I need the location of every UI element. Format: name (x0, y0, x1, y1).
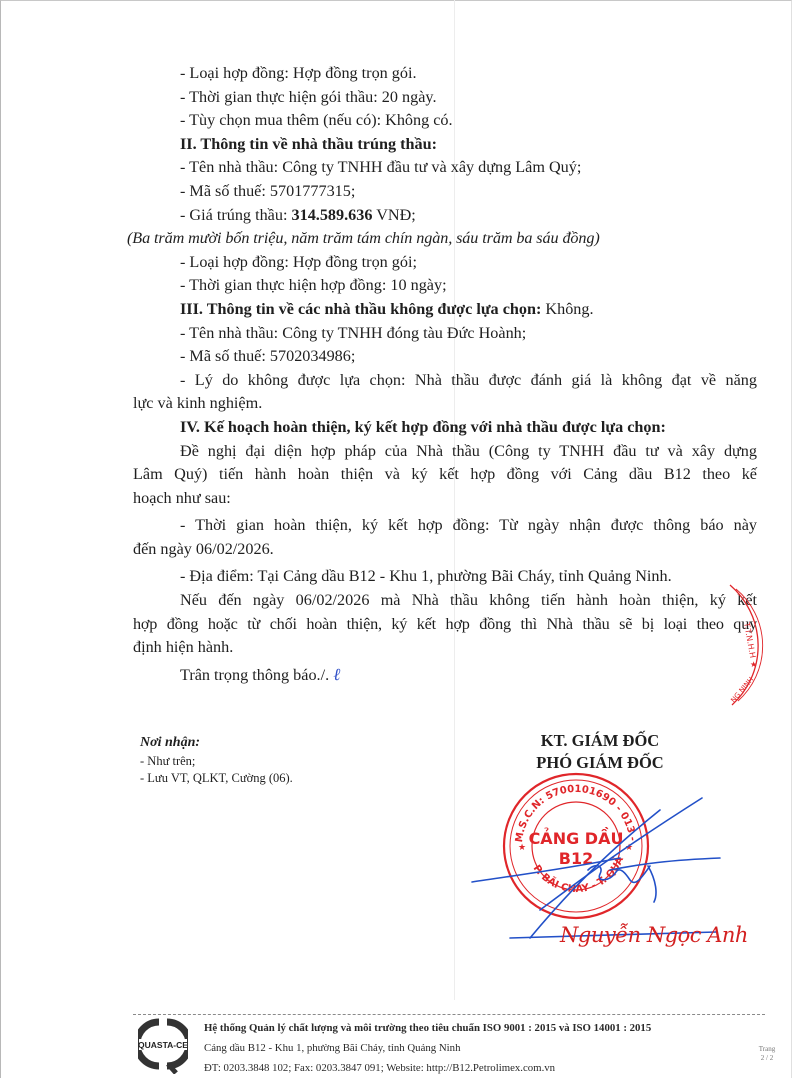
recipient-item: - Như trên; (140, 753, 293, 770)
section-4-para1-line2: Lâm Quý) tiến hành hoàn thiện và ký kết … (133, 463, 757, 487)
rejected-contractor-tax-code: - Mã số thuế: 5702034986; (133, 345, 757, 369)
winning-price-label: - Giá trúng thầu: (180, 206, 292, 224)
initial-mark-icon: ℓ (333, 665, 340, 685)
rejection-reason-line-1: - Lý do không được lựa chọn: Nhà thầu đư… (133, 369, 757, 393)
completion-time-line2: đến ngày 06/02/2026. (133, 538, 757, 562)
footer-contact: ĐT: 0203.3848 102; Fax: 0203.3847 091; W… (204, 1058, 651, 1078)
footer-divider (133, 1014, 765, 1016)
package-duration-line: - Thời gian thực hiện gói thầu: 20 ngày. (133, 86, 757, 110)
section-4-heading: IV. Kế hoạch hoàn thiện, ký kết hợp đồng… (133, 416, 757, 440)
winning-contractor-name: - Tên nhà thầu: Công ty TNHH đầu tư và x… (133, 156, 757, 180)
section-4-para1-line3: hoạch như sau: (133, 487, 757, 511)
section-4-para1-line1: Đề nghị đại diện hợp pháp của Nhà thầu (… (133, 440, 757, 464)
footer-address: Cảng dầu B12 - Khu 1, phường Bãi Cháy, t… (204, 1038, 651, 1058)
section-4-para2-line3: định hiện hành. (133, 636, 757, 660)
section-2-heading: II. Thông tin về nhà thầu trúng thầu: (133, 133, 757, 157)
recipients-title: Nơi nhận: (140, 734, 293, 751)
signer-title-block: KT. GIÁM ĐỐC PHÓ GIÁM ĐỐC (500, 730, 700, 774)
section-3-heading-value: Không. (541, 300, 593, 318)
section-4-para2-line1: Nếu đến ngày 06/02/2026 mà Nhà thầu khôn… (133, 589, 757, 613)
section-4-para2-line2: hợp đồng hoặc từ chối hoàn thiện, ký kết… (133, 613, 757, 637)
winning-contract-duration: - Thời gian thực hiện hợp đồng: 10 ngày; (133, 274, 757, 298)
quasta-ce-logo-icon: QUASTA-CE (138, 1018, 188, 1074)
recipient-item: - Lưu VT, QLKT, Cường (06). (140, 770, 293, 787)
winning-contract-type: - Loại hợp đồng: Hợp đồng trọn gói; (133, 251, 757, 275)
footer-info: Hệ thống Quản lý chất lượng và môi trườn… (204, 1018, 651, 1078)
section-3-heading-text: III. Thông tin về các nhà thầu không đượ… (180, 300, 541, 318)
price-in-words: (Ba trăm mười bốn triệu, năm trăm tám ch… (127, 227, 757, 251)
winning-price-currency: VNĐ; (372, 206, 415, 224)
handwritten-signature-icon (470, 770, 730, 940)
winning-price-value: 314.589.636 (292, 206, 373, 224)
footer-iso-line: Hệ thống Quản lý chất lượng và môi trườn… (204, 1018, 651, 1038)
closing-text: Trân trọng thông báo./. (180, 666, 329, 684)
rejected-contractor-name: - Tên nhà thầu: Công ty TNHH đóng tàu Đứ… (133, 322, 757, 346)
document-body: - Loại hợp đồng: Hợp đồng trọn gói. - Th… (133, 62, 757, 687)
signing-location: - Địa điểm: Tại Cảng dầu B12 - Khu 1, ph… (133, 565, 757, 589)
side-stamp-arc-icon: T.T.N.H.H ★ NG NINH (700, 575, 792, 715)
svg-text:T.T.N.H.H: T.T.N.H.H (742, 621, 757, 659)
rejection-reason-line-2: lực và kinh nghiệm. (133, 392, 757, 416)
closing-line: Trân trọng thông báo./. ℓ (133, 664, 757, 688)
page-number: 2 / 2 (752, 1054, 782, 1063)
page-indicator: Trang 2 / 2 (752, 1045, 782, 1063)
signer-title-1: KT. GIÁM ĐỐC (500, 730, 700, 752)
completion-time-line1: - Thời gian hoàn thiện, ký kết hợp đồng:… (133, 514, 757, 538)
purchase-option-line: - Tùy chọn mua thêm (nếu có): Không có. (133, 109, 757, 133)
recipients-block: Nơi nhận: - Như trên; - Lưu VT, QLKT, Cư… (140, 734, 293, 787)
winning-price-line: - Giá trúng thầu: 314.589.636 VNĐ; (133, 204, 757, 228)
svg-text:★: ★ (750, 660, 757, 669)
svg-text:QUASTA-CE: QUASTA-CE (138, 1040, 188, 1050)
section-3-heading: III. Thông tin về các nhà thầu không đượ… (133, 298, 757, 322)
signer-name: Nguyễn Ngọc Anh (560, 923, 760, 947)
contract-type-line: - Loại hợp đồng: Hợp đồng trọn gói. (133, 62, 757, 86)
page-label: Trang (752, 1045, 782, 1054)
winning-contractor-tax-code: - Mã số thuế: 5701777315; (133, 180, 757, 204)
svg-text:NG NINH: NG NINH (729, 676, 755, 705)
